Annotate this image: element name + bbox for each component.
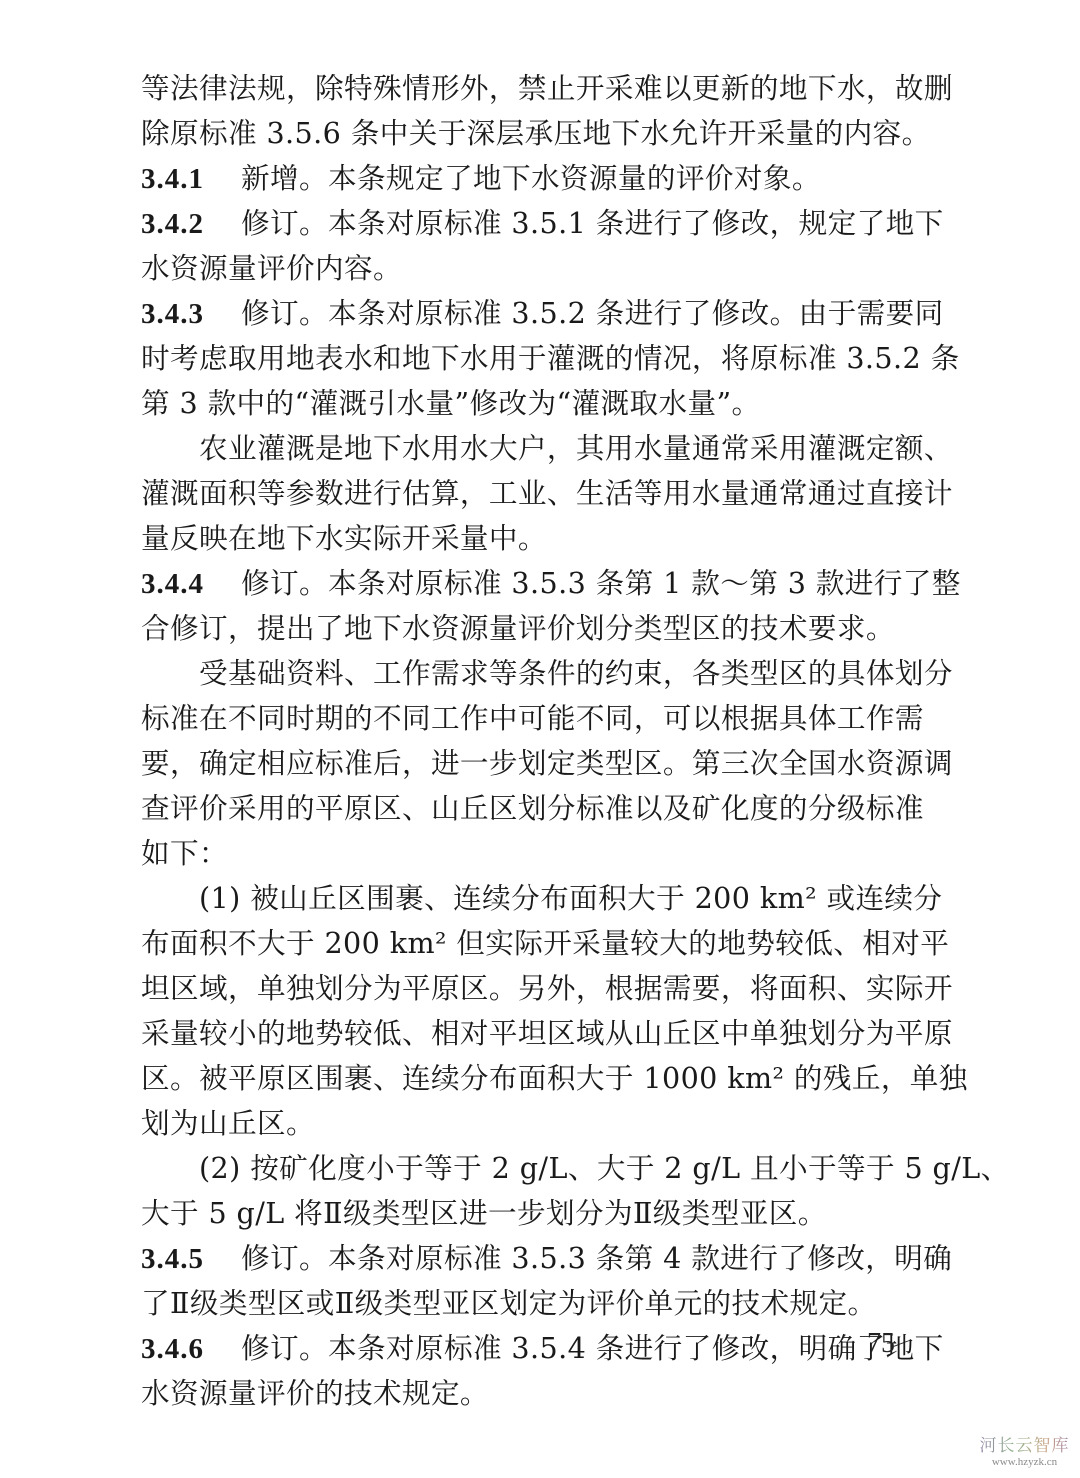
clause-3-4-3: 3.4.3修订。本条对原标准 3.5.2 条进行了修改。由于需要同 bbox=[141, 291, 944, 335]
body-text-line: 查评价采用的平原区、山丘区划分标准以及矿化度的分级标准 bbox=[141, 786, 924, 830]
list-item-1-line: (1) 被山丘区围裹、连续分布面积大于 200 km² 或连续分 bbox=[199, 876, 942, 920]
clause-number: 3.4.4 bbox=[141, 562, 241, 606]
clause-3-4-4: 3.4.4修订。本条对原标准 3.5.3 条第 1 款～第 3 款进行了整 bbox=[141, 561, 961, 605]
clause-number: 3.4.5 bbox=[141, 1237, 241, 1281]
body-text-line: 大于 5 g/L 将Ⅱ级类型区进一步划分为Ⅱ级类型亚区。 bbox=[141, 1191, 827, 1235]
body-text-line: 划为山丘区。 bbox=[141, 1101, 315, 1145]
body-text-line: 如下： bbox=[141, 831, 228, 875]
body-text-line: 采量较小的地势较低、相对平坦区域从山丘区中单独划分为平原 bbox=[141, 1011, 953, 1055]
clause-text: 修订。本条对原标准 3.5.1 条进行了修改，规定了地下 bbox=[241, 206, 944, 240]
clause-3-4-1: 3.4.1新增。本条规定了地下水资源量的评价对象。 bbox=[141, 156, 821, 200]
body-text-line: 坦区域，单独划分为平原区。另外，根据需要，将面积、实际开 bbox=[141, 966, 953, 1010]
clause-3-4-2: 3.4.2修订。本条对原标准 3.5.1 条进行了修改，规定了地下 bbox=[141, 201, 944, 245]
body-text-line: 量反映在地下水实际开采量中。 bbox=[141, 516, 547, 560]
body-text-line: 灌溉面积等参数进行估算，工业、生活等用水量通常通过直接计 bbox=[141, 471, 953, 515]
clause-text: 修订。本条对原标准 3.5.3 条第 4 款进行了修改，明确 bbox=[241, 1241, 952, 1275]
clause-number: 3.4.2 bbox=[141, 202, 241, 246]
clause-3-4-6: 3.4.6修订。本条对原标准 3.5.4 条进行了修改，明确了地下 bbox=[141, 1326, 944, 1370]
body-text-line: 第 3 款中的“灌溉引水量”修改为“灌溉取水量”。 bbox=[141, 381, 761, 425]
clause-text: 新增。本条规定了地下水资源量的评价对象。 bbox=[241, 161, 821, 195]
clause-number: 3.4.3 bbox=[141, 292, 241, 336]
clause-text: 修订。本条对原标准 3.5.2 条进行了修改。由于需要同 bbox=[241, 296, 944, 330]
body-text-line: 合修订，提出了地下水资源量评价划分类型区的技术要求。 bbox=[141, 606, 895, 650]
watermark-title: 河长云智库 bbox=[972, 1436, 1077, 1456]
body-text-line: 水资源量评价的技术规定。 bbox=[141, 1371, 489, 1415]
body-text-line: 区。被平原区围裹、连续分布面积大于 1000 km² 的残丘，单独 bbox=[141, 1056, 968, 1100]
body-text-line: 时考虑取用地表水和地下水用于灌溉的情况，将原标准 3.5.2 条 bbox=[141, 336, 960, 380]
clause-number: 3.4.1 bbox=[141, 157, 241, 201]
paragraph-start-line: 受基础资料、工作需求等条件的约束，各类型区的具体划分 bbox=[199, 651, 953, 695]
list-item-2-line: (2) 按矿化度小于等于 2 g/L、大于 2 g/L 且小于等于 5 g/L、 bbox=[199, 1146, 1010, 1190]
clause-3-4-5: 3.4.5修订。本条对原标准 3.5.3 条第 4 款进行了修改，明确 bbox=[141, 1236, 952, 1280]
clause-text: 修订。本条对原标准 3.5.4 条进行了修改，明确了地下 bbox=[241, 1331, 944, 1365]
clause-number: 3.4.6 bbox=[141, 1327, 241, 1371]
body-text-line: 了Ⅱ级类型区或Ⅱ级类型亚区划定为评价单元的技术规定。 bbox=[141, 1281, 877, 1325]
body-text-line: 标准在不同时期的不同工作中可能不同，可以根据具体工作需 bbox=[141, 696, 924, 740]
paragraph-start-line: 农业灌溉是地下水用水大户，其用水量通常采用灌溉定额、 bbox=[199, 426, 953, 470]
clause-text: 修订。本条对原标准 3.5.3 条第 1 款～第 3 款进行了整 bbox=[241, 566, 961, 600]
body-text-line: 布面积不大于 200 km² 但实际开采量较大的地势较低、相对平 bbox=[141, 921, 949, 965]
body-text-line: 水资源量评价内容。 bbox=[141, 246, 402, 290]
body-text-line: 要，确定相应标准后，进一步划定类型区。第三次全国水资源调 bbox=[141, 741, 953, 785]
watermark-url: www.hzyzk.cn bbox=[972, 1456, 1077, 1468]
body-text-line: 除原标准 3.5.6 条中关于深层承压地下水允许开采量的内容。 bbox=[141, 111, 931, 155]
body-text-line: 等法律法规，除特殊情形外，禁止开采难以更新的地下水，故删 bbox=[141, 66, 953, 110]
watermark: 河长云智库 www.hzyzk.cn bbox=[972, 1436, 1077, 1468]
page-number: 75 bbox=[867, 1328, 895, 1360]
